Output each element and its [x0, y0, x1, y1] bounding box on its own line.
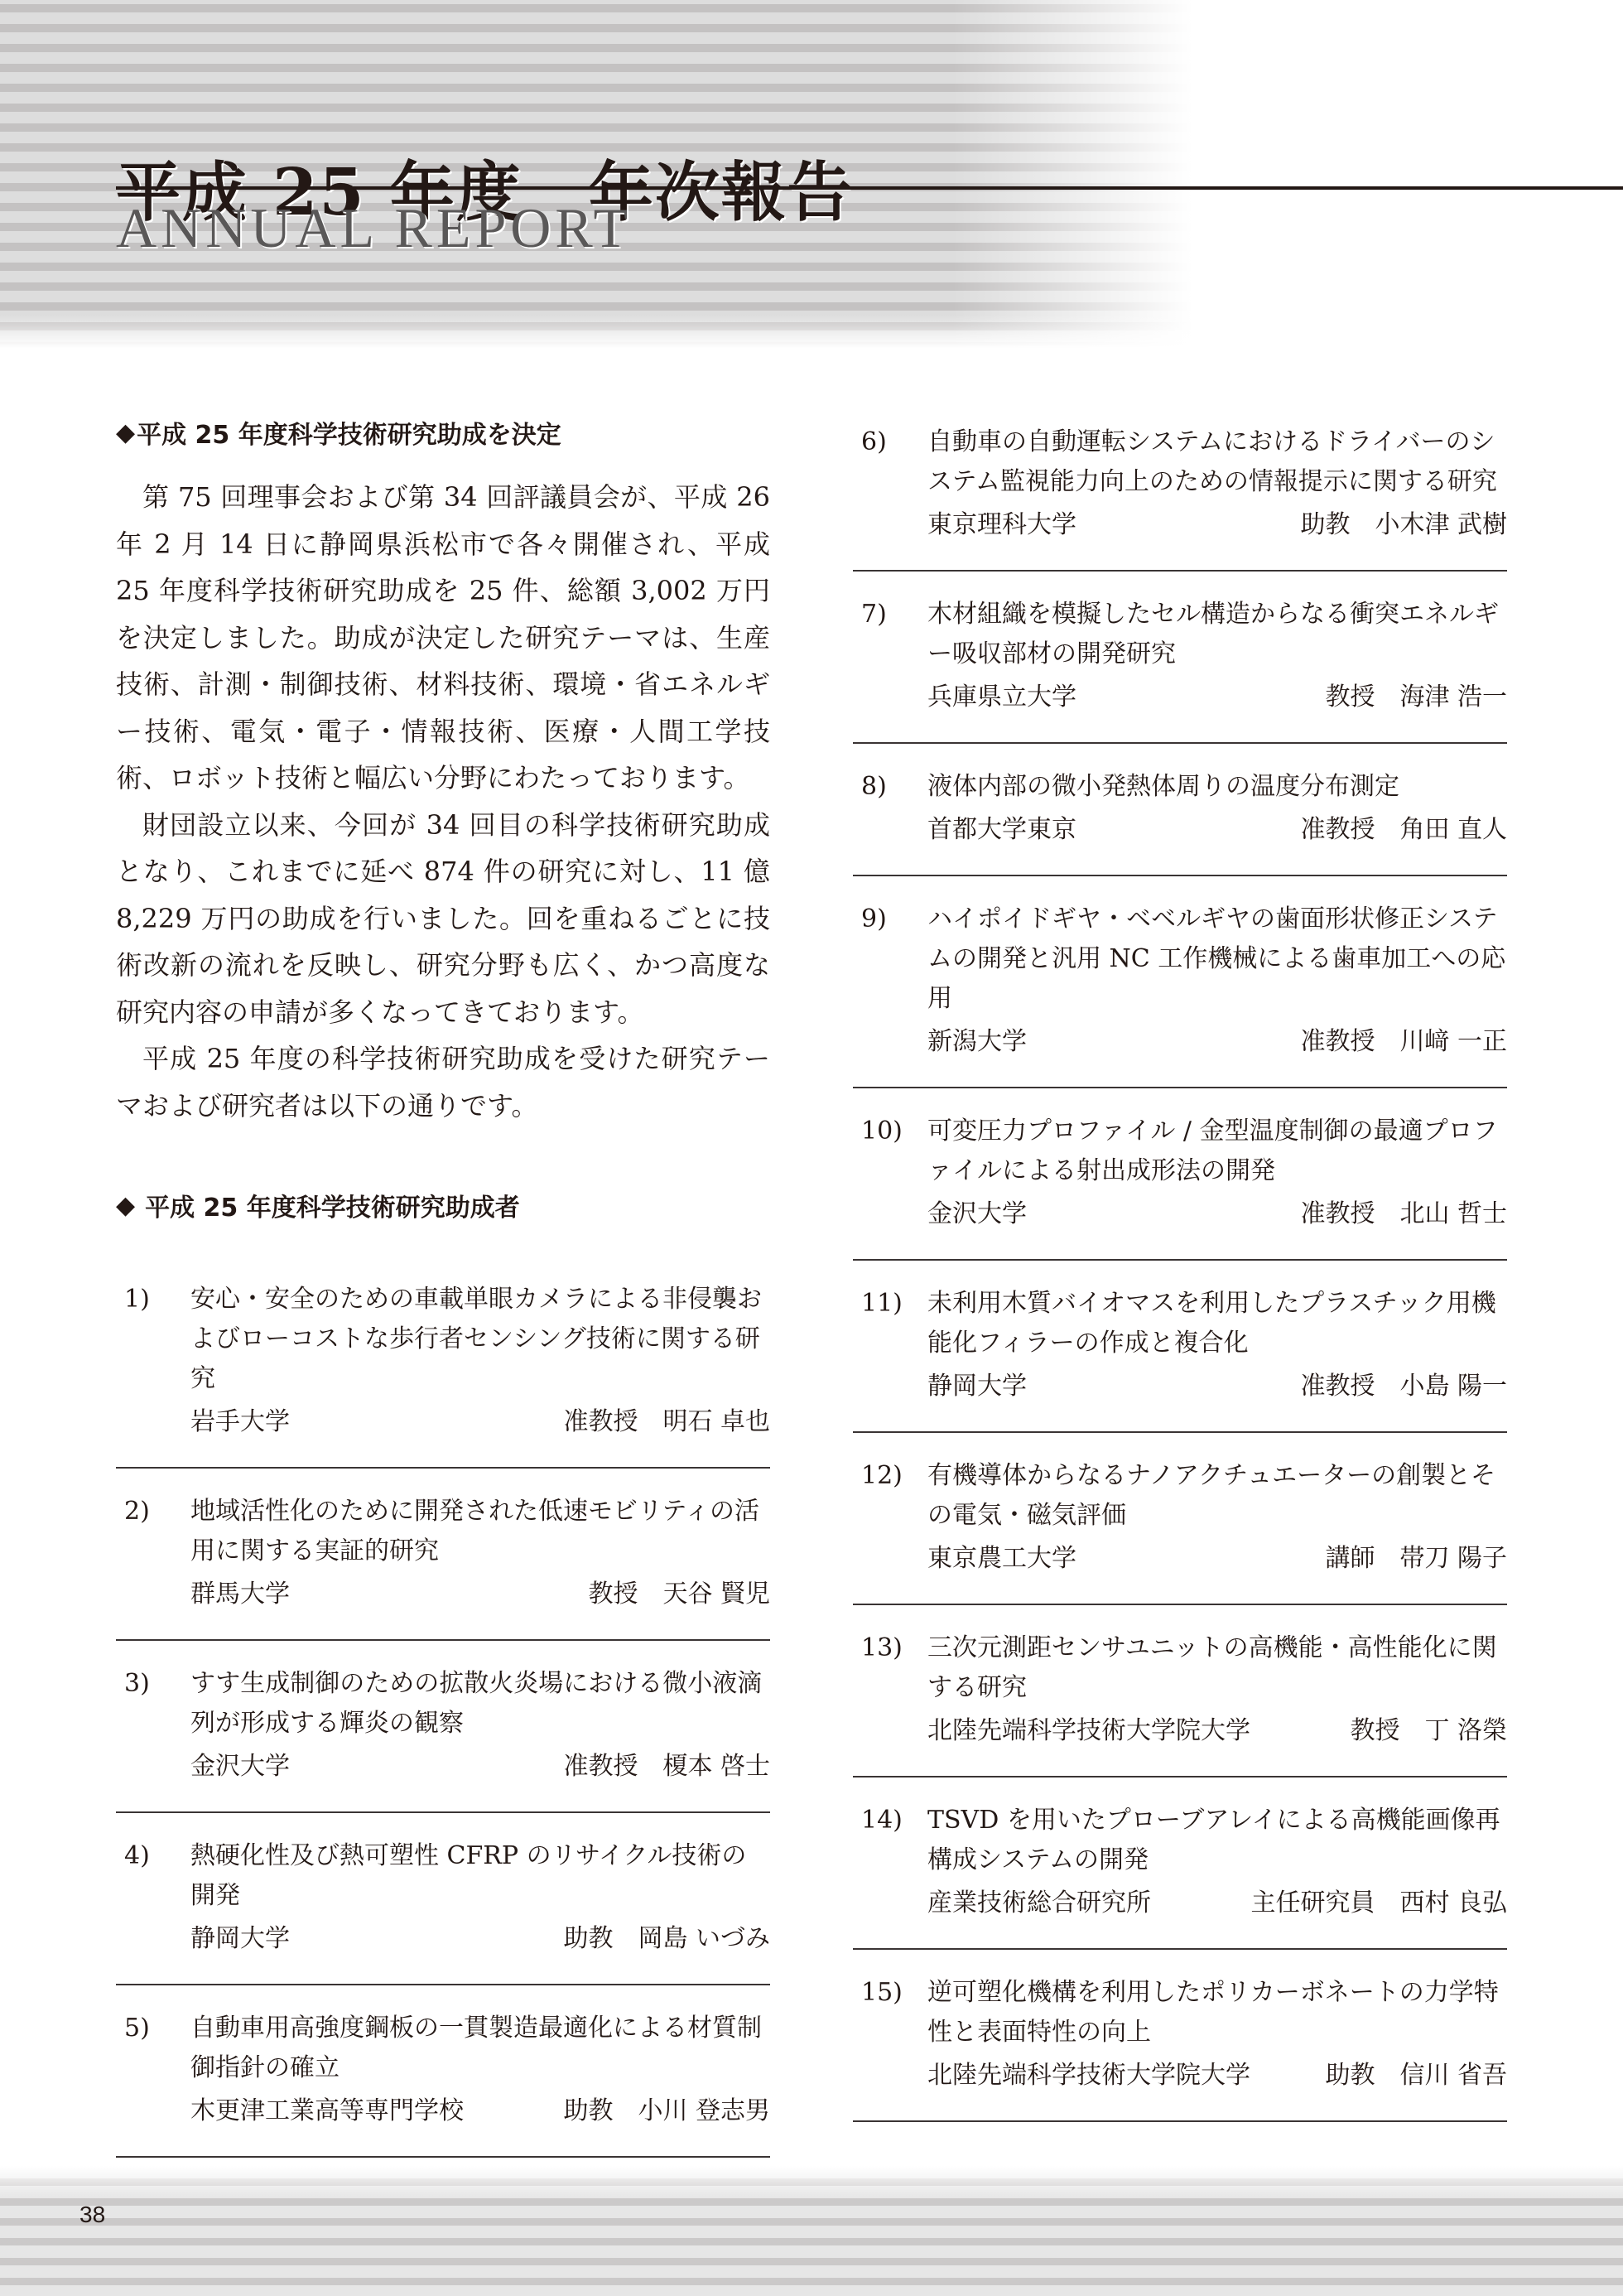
section-heading-text: 平成 25 年度科学技術研究助成者	[145, 1187, 520, 1223]
grant-affiliation: 東京農工大学	[927, 1539, 1076, 1579]
grant-affiliation: 静岡大学	[190, 1919, 290, 1959]
paragraph: 財団設立以来、今回が 34 回目の科学技術研究助成となり、これまでに延べ 874…	[116, 802, 770, 1036]
grant-item: 14) TSVD を用いたプローブアレイによる高機能画像再構成システムの開発 産…	[853, 1777, 1507, 1950]
grant-affiliation: 岩手大学	[190, 1402, 290, 1442]
grant-number: 15)	[861, 1973, 903, 2013]
grant-number: 8)	[861, 767, 887, 807]
grant-number: 4)	[124, 1836, 150, 1876]
grant-item: 9) ハイポイドギヤ・ベベルギヤの歯面形状修正システムの開発と汎用 NC 工作機…	[853, 876, 1507, 1088]
grant-list-left: 1) 安心・安全のための車載単眼カメラによる非侵襲およびローコストな歩行者センシ…	[116, 1257, 770, 2158]
right-column: 6) 自動車の自動運転システムにおけるドライバーのシステム監視能力向上のための情…	[853, 399, 1507, 2122]
grant-item: 7) 木材組織を模擬したセル構造からなる衝突エネルギー吸収部材の開発研究 兵庫県…	[853, 572, 1507, 744]
grant-researcher: 准教授 角田 直人	[1300, 810, 1507, 850]
grant-researcher: 助教 信川 省吾	[1325, 2056, 1507, 2096]
grant-title: 熱硬化性及び熱可塑性 CFRP のリサイクル技術の開発	[190, 1836, 770, 1916]
grant-item: 10) 可変圧力プロファイル / 金型温度制御の最適プロファイルによる射出成形法…	[853, 1088, 1507, 1261]
grant-researcher: 主任研究員 西村 良弘	[1250, 1884, 1507, 1923]
footer-stripe-band	[0, 2166, 1623, 2296]
grant-affiliation: 群馬大学	[190, 1575, 290, 1614]
title-divider	[116, 186, 1623, 190]
grant-title: すす生成制御のための拡散火炎場における微小液滴列が形成する輝炎の観察	[190, 1664, 770, 1744]
grant-researcher: 准教授 北山 哲士	[1300, 1194, 1507, 1234]
grant-researcher: 准教授 小島 陽一	[1300, 1367, 1507, 1406]
grant-number: 12)	[861, 1456, 903, 1496]
section-heading-recipients: ◆ 平成 25 年度科学技術研究助成者	[116, 1187, 770, 1223]
grant-item: 8) 液体内部の微小発熱体周りの温度分布測定 首都大学東京准教授 角田 直人	[853, 744, 1507, 876]
grant-affiliation: 北陸先端科学技術大学院大学	[927, 2056, 1250, 2096]
grant-researcher: 准教授 榎本 啓士	[563, 1747, 770, 1787]
grant-affiliation: 東京理科大学	[927, 505, 1076, 545]
section-heading-text: 平成 25 年度科学技術研究助成を決定	[137, 414, 561, 451]
grant-number: 3)	[124, 1664, 150, 1704]
grant-number: 13)	[861, 1628, 903, 1668]
grant-affiliation: 金沢大学	[927, 1194, 1027, 1234]
grant-title: 可変圧力プロファイル / 金型温度制御の最適プロファイルによる射出成形法の開発	[927, 1112, 1507, 1191]
grant-title: 自動車の自動運転システムにおけるドライバーのシステム監視能力向上のための情報提示…	[927, 422, 1507, 502]
grant-item: 3) すす生成制御のための拡散火炎場における微小液滴列が形成する輝炎の観察 金沢…	[116, 1641, 770, 1813]
grant-number: 10)	[861, 1112, 903, 1151]
grant-title: 有機導体からなるナノアクチュエーターの創製とその電気・磁気評価	[927, 1456, 1507, 1536]
grant-title: 地域活性化のために開発された低速モビリティの活用に関する実証的研究	[190, 1492, 770, 1571]
grant-researcher: 教授 丁 洛榮	[1350, 1711, 1507, 1751]
grant-title: 逆可塑化機構を利用したポリカーボネートの力学特性と表面特性の向上	[927, 1973, 1507, 2052]
grant-researcher: 助教 岡島 いづみ	[563, 1919, 770, 1959]
grant-item: 1) 安心・安全のための車載単眼カメラによる非侵襲およびローコストな歩行者センシ…	[116, 1257, 770, 1469]
grant-affiliation: 首都大学東京	[927, 810, 1076, 850]
grant-number: 11)	[861, 1284, 903, 1324]
grant-affiliation: 兵庫県立大学	[927, 678, 1076, 717]
grant-item: 13) 三次元測距センサユニットの高機能・高性能化に関する研究 北陸先端科学技術…	[853, 1605, 1507, 1777]
grant-affiliation: 産業技術総合研究所	[927, 1884, 1151, 1923]
grant-number: 14)	[861, 1801, 903, 1840]
page-subtitle: ANNUAL REPORT	[116, 195, 632, 261]
grant-title: 自動車用高強度鋼板の一貫製造最適化による材質制御指針の確立	[190, 2009, 770, 2088]
grant-item: 4) 熱硬化性及び熱可塑性 CFRP のリサイクル技術の開発 静岡大学助教 岡島…	[116, 1813, 770, 1985]
grant-item: 5) 自動車用高強度鋼板の一貫製造最適化による材質制御指針の確立 木更津工業高等…	[116, 1985, 770, 2158]
grant-number: 5)	[124, 2009, 150, 2048]
grant-item: 12) 有機導体からなるナノアクチュエーターの創製とその電気・磁気評価 東京農工…	[853, 1433, 1507, 1605]
grant-number: 9)	[861, 900, 887, 939]
grant-item: 6) 自動車の自動運転システムにおけるドライバーのシステム監視能力向上のための情…	[853, 399, 1507, 572]
grant-item: 11) 未利用木質バイオマスを利用したプラスチック用機能化フィラーの作成と複合化…	[853, 1261, 1507, 1433]
grant-title: 木材組織を模擬したセル構造からなる衝突エネルギー吸収部材の開発研究	[927, 595, 1507, 674]
left-column: ◆ 平成 25 年度科学技術研究助成を決定 第 75 回理事会および第 34 回…	[116, 414, 770, 2158]
grant-researcher: 助教 小川 登志男	[563, 2091, 770, 2131]
paragraph: 第 75 回理事会および第 34 回評議員会が、平成 26 年 2 月 14 日…	[116, 474, 770, 802]
grant-number: 1)	[124, 1280, 150, 1319]
grant-title: 安心・安全のための車載単眼カメラによる非侵襲およびローコストな歩行者センシング技…	[190, 1280, 770, 1399]
grant-title: TSVD を用いたプローブアレイによる高機能画像再構成システムの開発	[927, 1801, 1507, 1880]
diamond-bullet-icon: ◆	[116, 418, 135, 447]
intro-text: 第 75 回理事会および第 34 回評議員会が、平成 26 年 2 月 14 日…	[116, 474, 770, 1129]
grant-title: ハイポイドギヤ・ベベルギヤの歯面形状修正システムの開発と汎用 NC 工作機械によ…	[927, 900, 1507, 1019]
grant-affiliation: 新潟大学	[927, 1022, 1027, 1062]
grant-affiliation: 金沢大学	[190, 1747, 290, 1787]
grant-researcher: 教授 天谷 賢児	[588, 1575, 770, 1614]
grant-affiliation: 北陸先端科学技術大学院大学	[927, 1711, 1250, 1751]
grant-item: 15) 逆可塑化機構を利用したポリカーボネートの力学特性と表面特性の向上 北陸先…	[853, 1950, 1507, 2122]
grant-number: 6)	[861, 422, 887, 462]
diamond-bullet-icon: ◆	[116, 1191, 135, 1220]
paragraph: 平成 25 年度の科学技術研究助成を受けた研究テーマおよび研究者は以下の通りです…	[116, 1035, 770, 1129]
grant-title: 未利用木質バイオマスを利用したプラスチック用機能化フィラーの作成と複合化	[927, 1284, 1507, 1363]
grant-researcher: 准教授 明石 卓也	[563, 1402, 770, 1442]
grant-researcher: 准教授 川﨑 一正	[1300, 1022, 1507, 1062]
grant-researcher: 教授 海津 浩一	[1325, 678, 1507, 717]
grant-affiliation: 静岡大学	[927, 1367, 1027, 1406]
grant-number: 7)	[861, 595, 887, 634]
grant-number: 2)	[124, 1492, 150, 1531]
page-number: 38	[79, 2202, 105, 2228]
grant-researcher: 講師 帯刀 陽子	[1325, 1539, 1507, 1579]
grant-item: 2) 地域活性化のために開発された低速モビリティの活用に関する実証的研究 群馬大…	[116, 1469, 770, 1641]
grant-affiliation: 木更津工業高等専門学校	[190, 2091, 464, 2131]
grant-researcher: 助教 小木津 武樹	[1300, 505, 1507, 545]
grant-title: 三次元測距センサユニットの高機能・高性能化に関する研究	[927, 1628, 1507, 1708]
grant-list-right: 6) 自動車の自動運転システムにおけるドライバーのシステム監視能力向上のための情…	[853, 399, 1507, 2122]
grant-title: 液体内部の微小発熱体周りの温度分布測定	[927, 767, 1507, 807]
section-heading-decision: ◆ 平成 25 年度科学技術研究助成を決定	[116, 414, 770, 451]
